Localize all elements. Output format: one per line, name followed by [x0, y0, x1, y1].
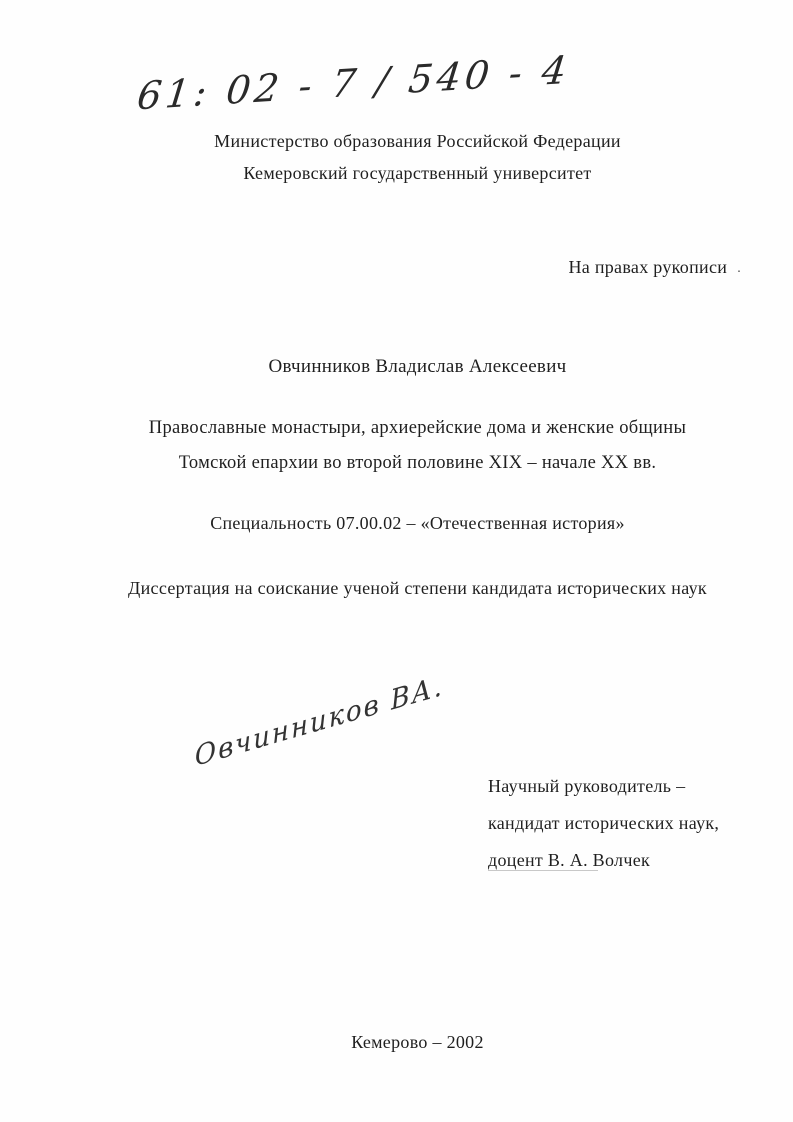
dissertation-title-page: 61: 02 - 7 / 540 - 4 Министерство образо… [0, 0, 793, 1122]
dissertation-title-line-2: Томской епархии во второй половине XIX –… [42, 453, 793, 474]
manuscript-rights-note: На правах рукописи. [568, 257, 741, 278]
supervisor-block: Научный руководитель – кандидат историче… [488, 768, 719, 879]
supervisor-line-1: Научный руководитель – [488, 768, 719, 805]
university-line: Кемеровский государственный университет [42, 163, 793, 184]
author-name: Овчинников Владислав Алексеевич [42, 356, 793, 378]
ministry-line: Министерство образования Российской Феде… [42, 131, 793, 152]
manuscript-rights-dot: . [737, 261, 741, 277]
inventory-number-handwritten: 61: 02 - 7 / 540 - 4 [135, 48, 573, 119]
manuscript-rights-text: На правах рукописи [568, 257, 727, 277]
supervisor-line-2: кандидат исторических наук, [488, 805, 719, 842]
scan-stray-line [488, 870, 598, 871]
specialty-line: Специальность 07.00.02 – «Отечественная … [42, 513, 793, 534]
city-year-line: Кемерово – 2002 [42, 1032, 793, 1053]
dissertation-title-line-1: Православные монастыри, архиерейские дом… [42, 418, 793, 439]
thesis-type-line: Диссертация на соискание ученой степени … [42, 578, 793, 599]
supervisor-line-3: доцент В. А. Волчек [488, 842, 719, 879]
author-signature-handwritten: Овчинников ВА. [194, 670, 445, 773]
